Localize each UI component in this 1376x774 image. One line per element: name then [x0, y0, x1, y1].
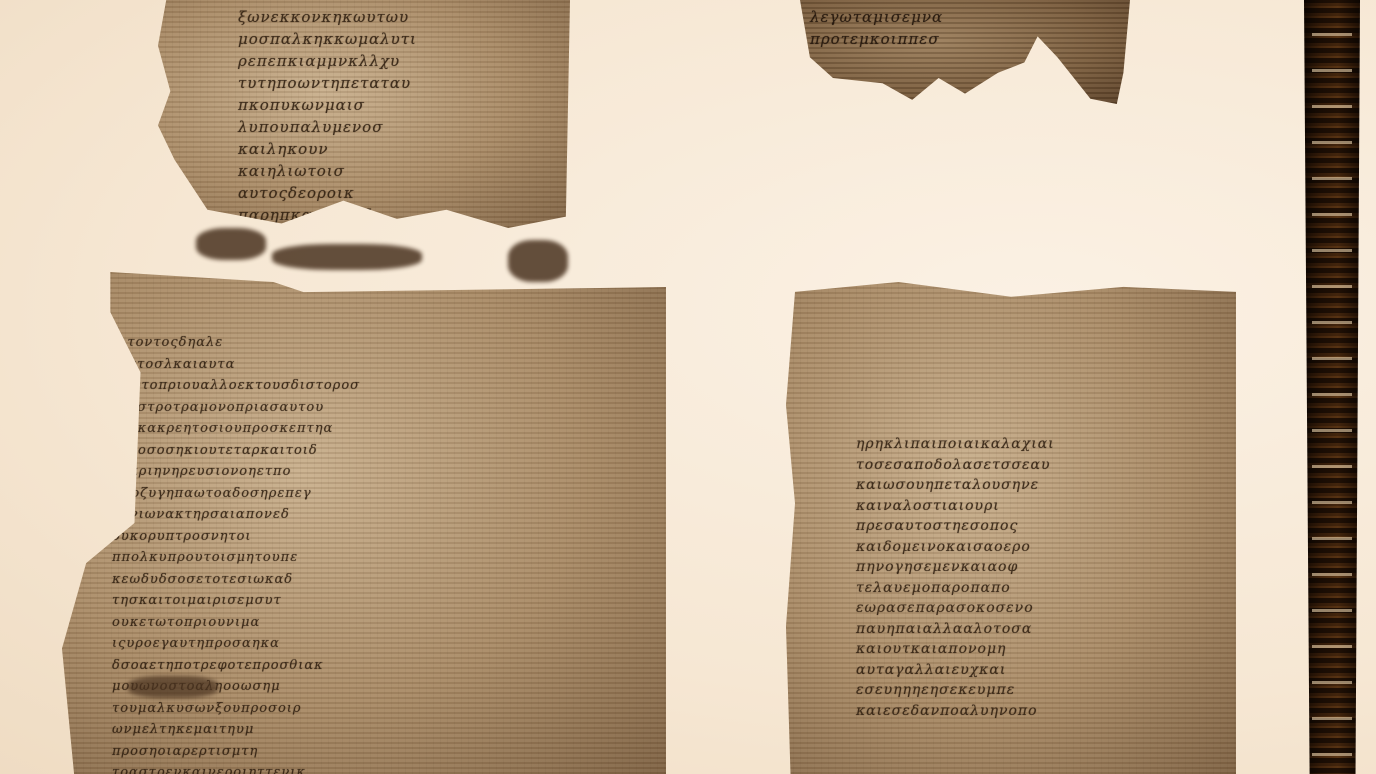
stain — [508, 240, 568, 282]
ruler-tick-marks — [1312, 0, 1352, 774]
papyrus-fragment-top-left: ξωνεκκονκηκωυτωυ μοσπαλκηκκωμαλυτι ρεπεπ… — [158, 0, 570, 228]
fragment-text: ηρηκλιπαιποιαικαλαχιαι τοσεσαποδολασετσσ… — [786, 282, 1236, 774]
stain — [128, 676, 218, 698]
papyrus-fragment-bottom-right: ηρηκλιπαιποιαικαλαχιαι τοσεσαποδολασετσσ… — [786, 282, 1236, 774]
fragment-text: ξωνεκκονκηκωυτωυ μοσπαλκηκκωμαλυτι ρεπεπ… — [158, 0, 570, 228]
fragment-text: τοντοςδηαλε ατοσλκαιαυτα εσωτοπριουαλλοε… — [62, 272, 666, 774]
stain — [196, 228, 266, 260]
papyrus-fragment-bottom-left: τοντοςδηαλε ατοσλκαιαυτα εσωτοπριουαλλοε… — [62, 272, 666, 774]
stain — [272, 244, 422, 270]
